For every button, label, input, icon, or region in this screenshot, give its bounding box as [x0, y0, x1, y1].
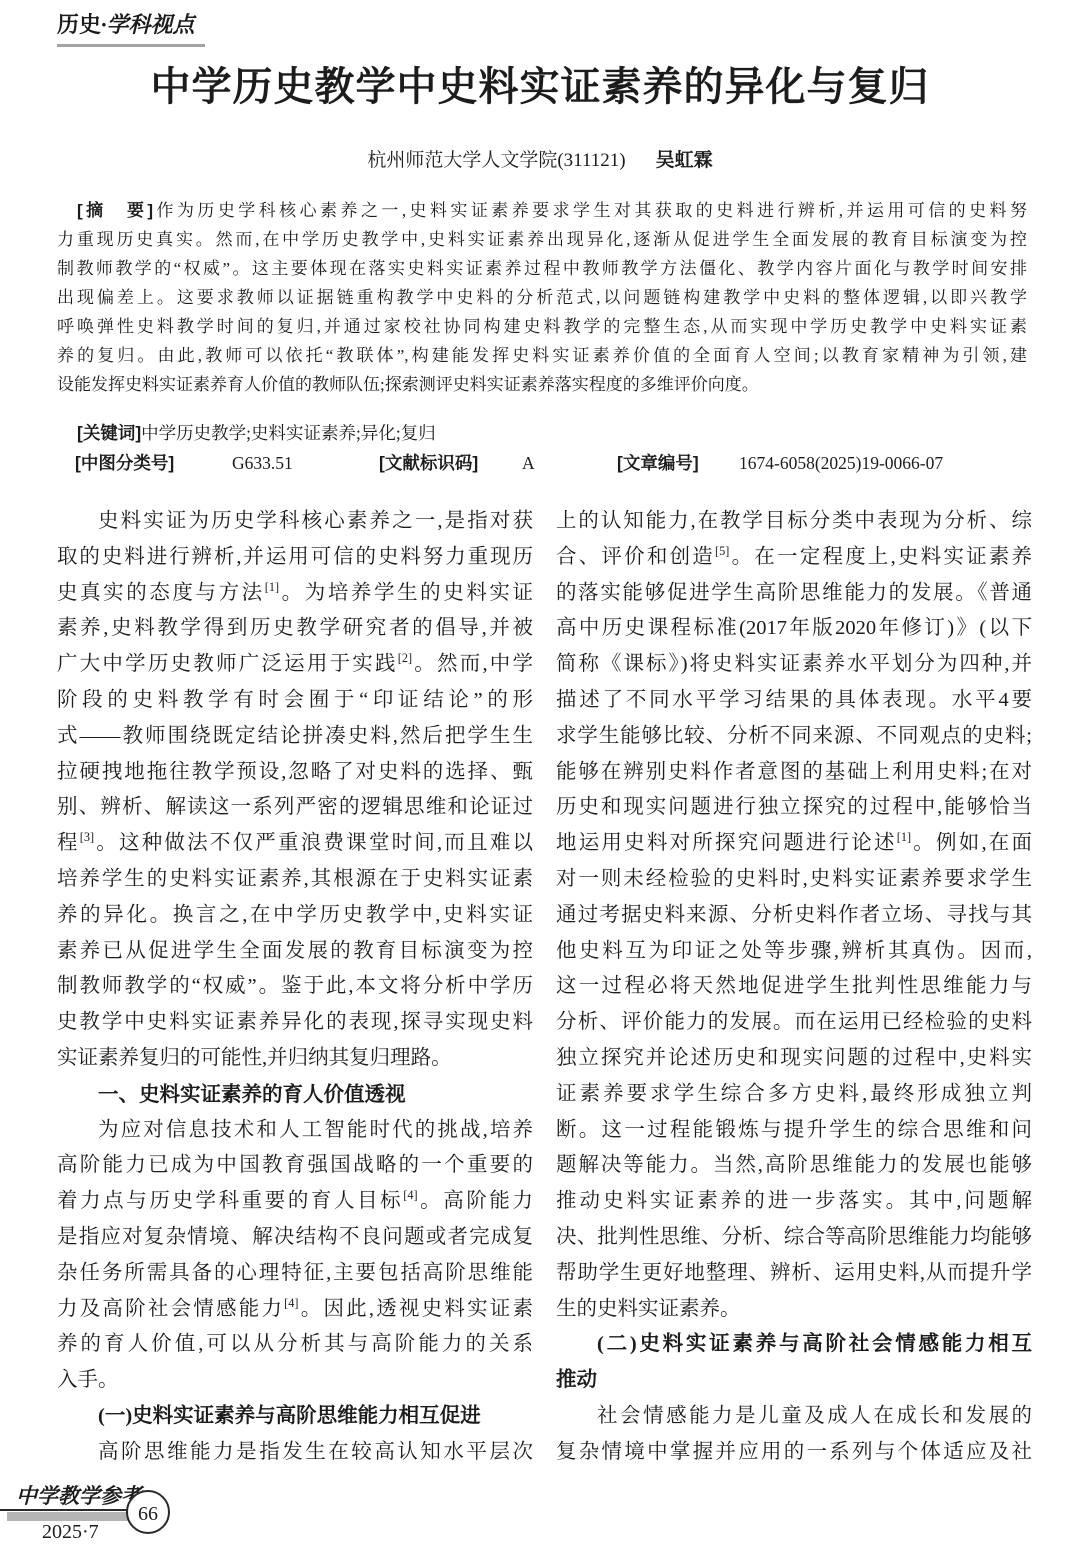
text-line: 力重现历史真实。然而,在中学历史教学中,史料实证素养出现异化,逐渐从促进学生全面…: [57, 225, 1027, 254]
text-line: 拉硬拽地拖往教学预设,忽略了对史料的选择、甄: [57, 755, 533, 791]
text-line: 对一则未经检验的史料时,史料实证素养要求学生: [556, 862, 1032, 898]
left-column: 史料实证为历史学科核心素养之一,是指对获取的史料进行辨析,并运用可信的史料努力重…: [57, 504, 533, 1471]
heading-line: (一)史料实证素养与高阶思维能力相互促进: [57, 1399, 533, 1435]
text-line: 推动史料实证素养的进一步落实。其中,问题解: [556, 1184, 1032, 1220]
article-id-label: [文章编号]: [617, 450, 699, 476]
text-line: 求学生能够比较、分析不同来源、不同观点的史料;: [556, 719, 1032, 755]
text-line: 实证素养复归的可能性,并归纳其复归理路。: [57, 1041, 533, 1077]
body-columns: 史料实证为历史学科核心素养之一,是指对获取的史料进行辨析,并运用可信的史料努力重…: [57, 504, 1032, 1471]
text-line: 描述了不同水平学习结果的具体表现。水平4要: [556, 683, 1032, 719]
author-affiliation: 杭州师范大学人文学院(311121): [367, 148, 625, 174]
text-line: 制教师教学的“权威”。鉴于此,本文将分析中学历: [57, 969, 533, 1005]
text-line: 培养学生的史料实证素养,其根源在于史料实证素: [57, 862, 533, 898]
text-line: 为应对信息技术和人工智能时代的挑战,培养: [57, 1113, 533, 1149]
text-line: 设能发挥史料实证素养育人价值的教师队伍;探索测评史料实证素养落实程度的多维评价向…: [57, 370, 1027, 399]
page: 历史·学科视点 中学历史教学中史料实证素养的异化与复归 杭州师范大学人文学院(3…: [0, 0, 1080, 1556]
text-line: 历史和现实问题进行独立探究的过程中,能够恰当: [556, 790, 1032, 826]
footer-rule: [0, 1509, 131, 1511]
text-line: 着力点与历史学科重要的育人目标[4]。高阶能力: [57, 1184, 533, 1220]
text-line: 高阶能力已成为中国教育强国战略的一个重要的: [57, 1148, 533, 1184]
text-line: 史教学中史料实证素养异化的表现,探寻实现史料: [57, 1005, 533, 1041]
text-line: 高阶思维能力是指发生在较高认知水平层次: [57, 1435, 533, 1471]
text-line: 社会情感能力是儿童及成人在成长和发展的: [556, 1399, 1032, 1435]
masthead-column-label: ·学科视点: [101, 12, 195, 37]
text-line: 证素养要求学生综合多方史料,最终形成独立判: [556, 1077, 1032, 1113]
article-title: 中学历史教学中史料实证素养的异化与复归: [0, 62, 1080, 112]
text-line: 通过考据史料来源、分析史料作者立场、寻找与其: [556, 898, 1032, 934]
doc-code-label: [文献标识码]: [379, 450, 478, 476]
text-line: 养的育人价值,可以从分析其与高阶能力的关系: [57, 1327, 533, 1363]
footer-issue: 2025·7: [42, 1521, 99, 1544]
text-line: 呼唤弹性史料教学时间的复归,并通过家校社协同构建史料教学的完整生态,从而实现中学…: [57, 312, 1027, 341]
text-line: 广大中学历史教师广泛运用于实践[2]。然而,中学: [57, 647, 533, 683]
text-line: 决、批判性思维、分析、综合等高阶思维能力均能够: [556, 1220, 1032, 1256]
meta-line: [中图分类号] G633.51 [文献标识码] A [文章编号] 1674-60…: [57, 450, 1032, 476]
keywords-label: [关键词]: [77, 423, 141, 443]
text-line: 史真实的态度与方法[1]。为培养学生的史料实证: [57, 576, 533, 612]
text-line: 这一过程必将天然地促进学生批判性思维能力与: [556, 969, 1032, 1005]
text-line: 入手。: [57, 1363, 533, 1399]
heading-line: 推动: [556, 1363, 1032, 1399]
text-line: 简称《课标》)将史料实证素养水平划分为四种,并: [556, 647, 1032, 683]
clc-value: G633.51: [232, 450, 293, 476]
masthead-underline: [57, 44, 205, 47]
footer-journal-name: 中学教学参考: [16, 1480, 142, 1510]
heading-line: 一、史料实证素养的育人价值透视: [57, 1077, 533, 1113]
doc-code-value: A: [522, 450, 535, 476]
text-line: 的落实能够促进学生高阶思维能力的发展。《普通: [556, 576, 1032, 612]
footer-bar: [7, 1512, 131, 1521]
text-line: 式——教师围绕既定结论拼凑史料,然后把学生生: [57, 719, 533, 755]
text-line: 程[3]。这种做法不仅严重浪费课堂时间,而且难以: [57, 826, 533, 862]
abstract-label: [摘 要]: [77, 201, 153, 220]
text-line: 素养已从促进学生全面发展的教育目标演变为控: [57, 934, 533, 970]
text-line: 复杂情境中掌握并应用的一系列与个体适应及社: [556, 1435, 1032, 1471]
text-line: 他史料互为印证之处等步骤,辨析其真伪。因而,: [556, 934, 1032, 970]
text-line: 合、评价和创造[5]。在一定程度上,史料实证素养: [556, 540, 1032, 576]
text-line: 断。这一过程能锻炼与提升学生的综合思维和问: [556, 1113, 1032, 1149]
text-line: 养的异化。换言之,在中学历史教学中,史料实证: [57, 898, 533, 934]
text-line: 阶段的史料教学有时会囿于“印证结论”的形: [57, 683, 533, 719]
keywords-text: 中学历史教学;史料实证素养;异化;复归: [141, 423, 436, 443]
article-id-value: 1674-6058(2025)19-0066-07: [739, 450, 943, 476]
text-line: 题解决等能力。当然,高阶思维能力的发展也能够: [556, 1148, 1032, 1184]
text-line: 别、辨析、解读这一系列严密的逻辑思维和论证过: [57, 790, 533, 826]
text-line: 力及高阶社会情感能力[4]。因此,透视史料实证素: [57, 1292, 533, 1328]
text-line: 史料实证为历史学科核心素养之一,是指对获: [57, 504, 533, 540]
page-number: 66: [138, 1503, 158, 1525]
text-line: 出现偏差上。这要求教师以证据链重构教学中史料的分析范式,以问题链构建教学中史料的…: [57, 283, 1027, 312]
author-name: 吴虹霖: [656, 148, 713, 174]
keywords-line: [关键词]中学历史教学;史料实证素养;异化;复归: [57, 420, 1027, 446]
text-line: 养的复归。由此,教师可以依托“教联体”,构建能发挥史料实证素养价值的全面育人空间…: [57, 341, 1027, 370]
text-line: 帮助学生更好地整理、辨析、运用史料,从而提升学: [556, 1256, 1032, 1292]
text-line: 生的史料实证素养。: [556, 1292, 1032, 1328]
text-line: 能够在辨别史料作者意图的基础上利用史料;在对: [556, 755, 1032, 791]
text-line: 制教师教学的“权威”。这主要体现在落实史料实证素养过程中教师教学方法僵化、教学内…: [57, 254, 1027, 283]
text-line: 独立探究并论述历史和现实问题的过程中,史料实: [556, 1041, 1032, 1077]
text-line: 上的认知能力,在教学目标分类中表现为分析、综: [556, 504, 1032, 540]
text-line: [摘 要]作为历史学科核心素养之一,史料实证素养要求学生对其获取的史料进行辨析,…: [57, 196, 1027, 225]
clc-label: [中图分类号]: [75, 450, 174, 476]
byline: 杭州师范大学人文学院(311121) 吴虹霖: [0, 148, 1080, 174]
text-line: 是指应对复杂情境、解决结构不良问题或者完成复: [57, 1220, 533, 1256]
text-line: 分析、评价能力的发展。而在运用已经检验的史料: [556, 1005, 1032, 1041]
masthead: 历史·学科视点: [57, 10, 195, 40]
abstract-block: [摘 要]作为历史学科核心素养之一,史料实证素养要求学生对其获取的史料进行辨析,…: [57, 196, 1027, 399]
heading-line: (二)史料实证素养与高阶社会情感能力相互: [556, 1327, 1032, 1363]
text-line: 取的史料进行辨析,并运用可信的史料努力重现历: [57, 540, 533, 576]
text-line: 杂任务所需具备的心理特征,主要包括高阶思维能: [57, 1256, 533, 1292]
right-column: 上的认知能力,在教学目标分类中表现为分析、综合、评价和创造[5]。在一定程度上,…: [556, 504, 1032, 1471]
masthead-section-label: 历史: [57, 12, 101, 37]
text-line: 素养,史料教学得到历史教学研究者的倡导,并被: [57, 611, 533, 647]
text-line: 高中历史课程标准(2017年版2020年修订)》(以下: [556, 611, 1032, 647]
text-line: 地运用史料对所探究问题进行论述[1]。例如,在面: [556, 826, 1032, 862]
page-number-badge: 66: [126, 1490, 170, 1534]
